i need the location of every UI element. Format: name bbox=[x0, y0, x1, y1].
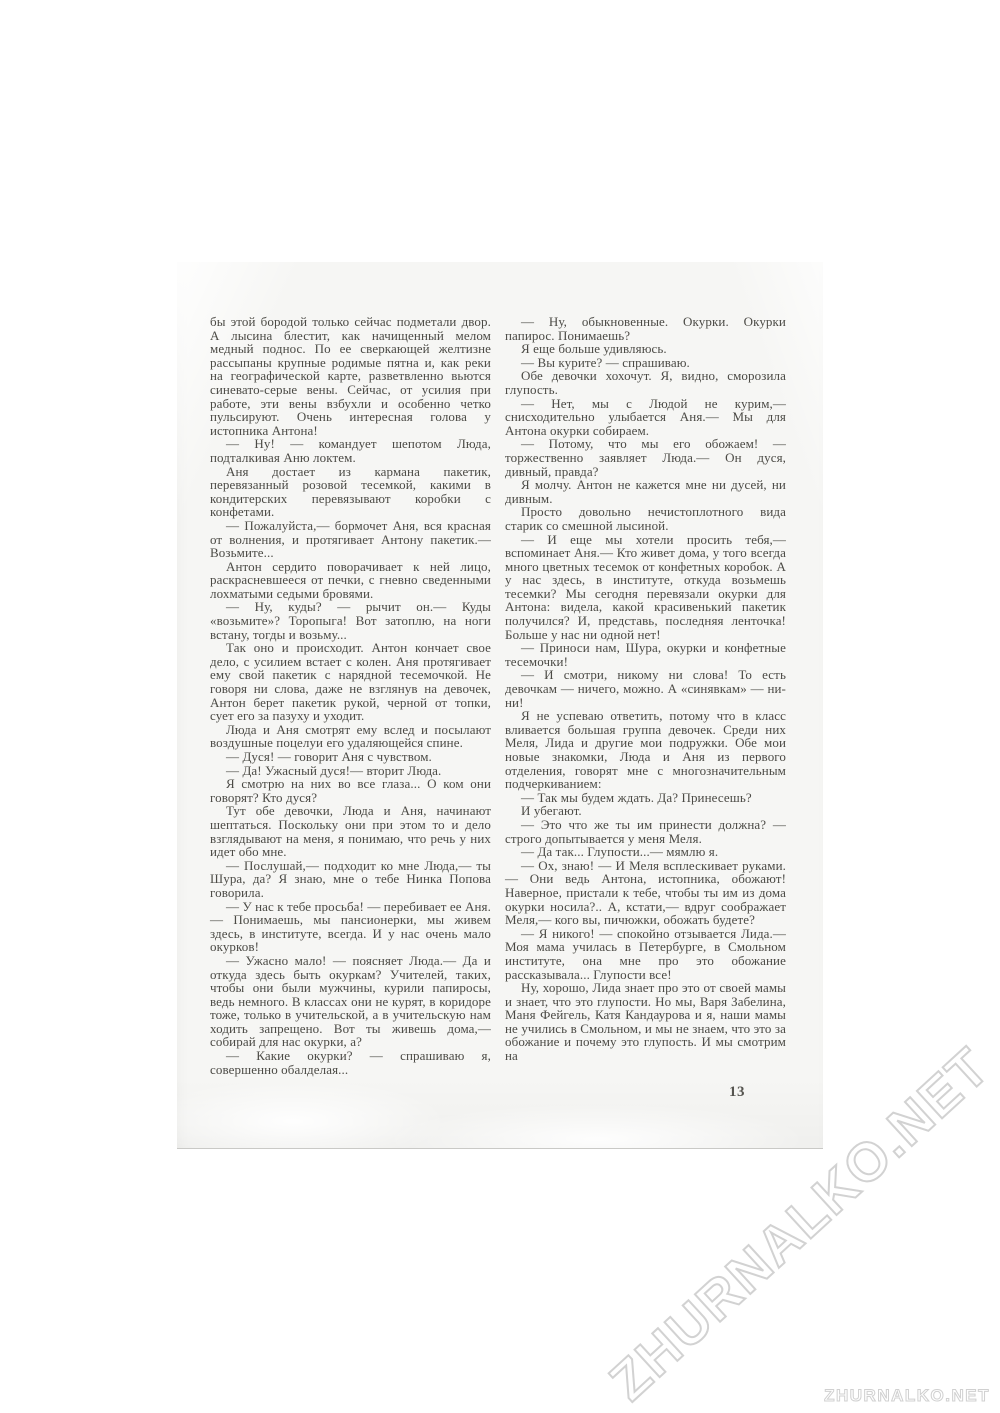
paragraph: Я еще больше удивляюсь. bbox=[505, 342, 786, 356]
scan-stage: бы этой бородой только сейчас подметали … bbox=[0, 0, 1000, 1413]
paragraph: — Пожалуйста,— бормочет Аня, вся красная… bbox=[210, 519, 491, 560]
paragraph: — Это что же ты им принести должна? — ст… bbox=[505, 818, 786, 845]
paragraph: — Ох, знаю! — И Меля всплескивает руками… bbox=[505, 859, 786, 927]
paragraph: — Я никого! — спокойно отзывается Лида.—… bbox=[505, 927, 786, 981]
paragraph: — Ну, обыкновенные. Окурки. Окурки папир… bbox=[505, 315, 786, 342]
paragraph: Я молчу. Антон не кажется мне ни дусей, … bbox=[505, 478, 786, 505]
paragraph: Люда и Аня смотрят ему вслед и посылают … bbox=[210, 723, 491, 750]
paragraph: Антон сердито поворачивает к ней лицо, р… bbox=[210, 560, 491, 601]
paragraph: — Какие окурки? — спрашиваю я, совершенн… bbox=[210, 1049, 491, 1076]
page-number: 13 bbox=[505, 1084, 745, 1101]
paragraph: — Да так... Глупости...— мямлю я. bbox=[505, 845, 786, 859]
paragraph: Аня достает из кармана пакетик, перевяза… bbox=[210, 465, 491, 519]
paragraph: — Вы курите? — спрашиваю. bbox=[505, 356, 786, 370]
paragraph: — У нас к тебе просьба! — перебивает ее … bbox=[210, 900, 491, 954]
paragraph: — Дуся! — говорит Аня с чувством. bbox=[210, 750, 491, 764]
paragraph: Я смотрю на них во все глаза... О ком он… bbox=[210, 777, 491, 804]
paragraph: — Ужасно мало! — поясняет Люда.— Да и от… bbox=[210, 954, 491, 1049]
watermark-corner: ZHURNALKO.NET bbox=[824, 1386, 990, 1406]
paragraph: — Так мы будем ждать. Да? Принесешь? bbox=[505, 791, 786, 805]
paragraph: — Приноси нам, Шура, окурки и конфетные … bbox=[505, 641, 786, 668]
scanned-book-page: бы этой бородой только сейчас подметали … bbox=[177, 262, 823, 1149]
paragraph: — Ну! — командует шепотом Люда, подталки… bbox=[210, 437, 491, 464]
paragraph: Тут обе девочки, Люда и Аня, начинают ше… bbox=[210, 804, 491, 858]
text-column-left: бы этой бородой только сейчас подметали … bbox=[210, 315, 491, 1076]
paragraph: — Нет, мы с Людой не курим,— снисходител… bbox=[505, 397, 786, 438]
paragraph: И убегают. bbox=[505, 804, 786, 818]
paragraph: Обе девочки хохочут. Я, видно, сморозила… bbox=[505, 369, 786, 396]
paragraph: бы этой бородой только сейчас подметали … bbox=[210, 315, 491, 437]
paragraph: — Потому, что мы его обожаем! — торжеств… bbox=[505, 437, 786, 478]
text-column-right: — Ну, обыкновенные. Окурки. Окурки папир… bbox=[505, 315, 786, 1063]
paragraph: — И еще мы хотели просить тебя,— вспомин… bbox=[505, 533, 786, 642]
paragraph: — И смотри, никому ни слова! То есть дев… bbox=[505, 668, 786, 709]
paragraph: — Послушай,— подходит ко мне Люда,— ты Ш… bbox=[210, 859, 491, 900]
paragraph: Так оно и происходит. Антон кончает свое… bbox=[210, 641, 491, 723]
paragraph: — Да! Ужасный дуся!— вторит Люда. bbox=[210, 764, 491, 778]
paragraph: Ну, хорошо, Лида знает про это от своей … bbox=[505, 981, 786, 1063]
paragraph: Я не успеваю ответить, потому что в клас… bbox=[505, 709, 786, 791]
paragraph: Просто довольно нечистоплотного вида ста… bbox=[505, 505, 786, 532]
paragraph: — Ну, куды? — рычит он.— Куды «возьмите»… bbox=[210, 600, 491, 641]
